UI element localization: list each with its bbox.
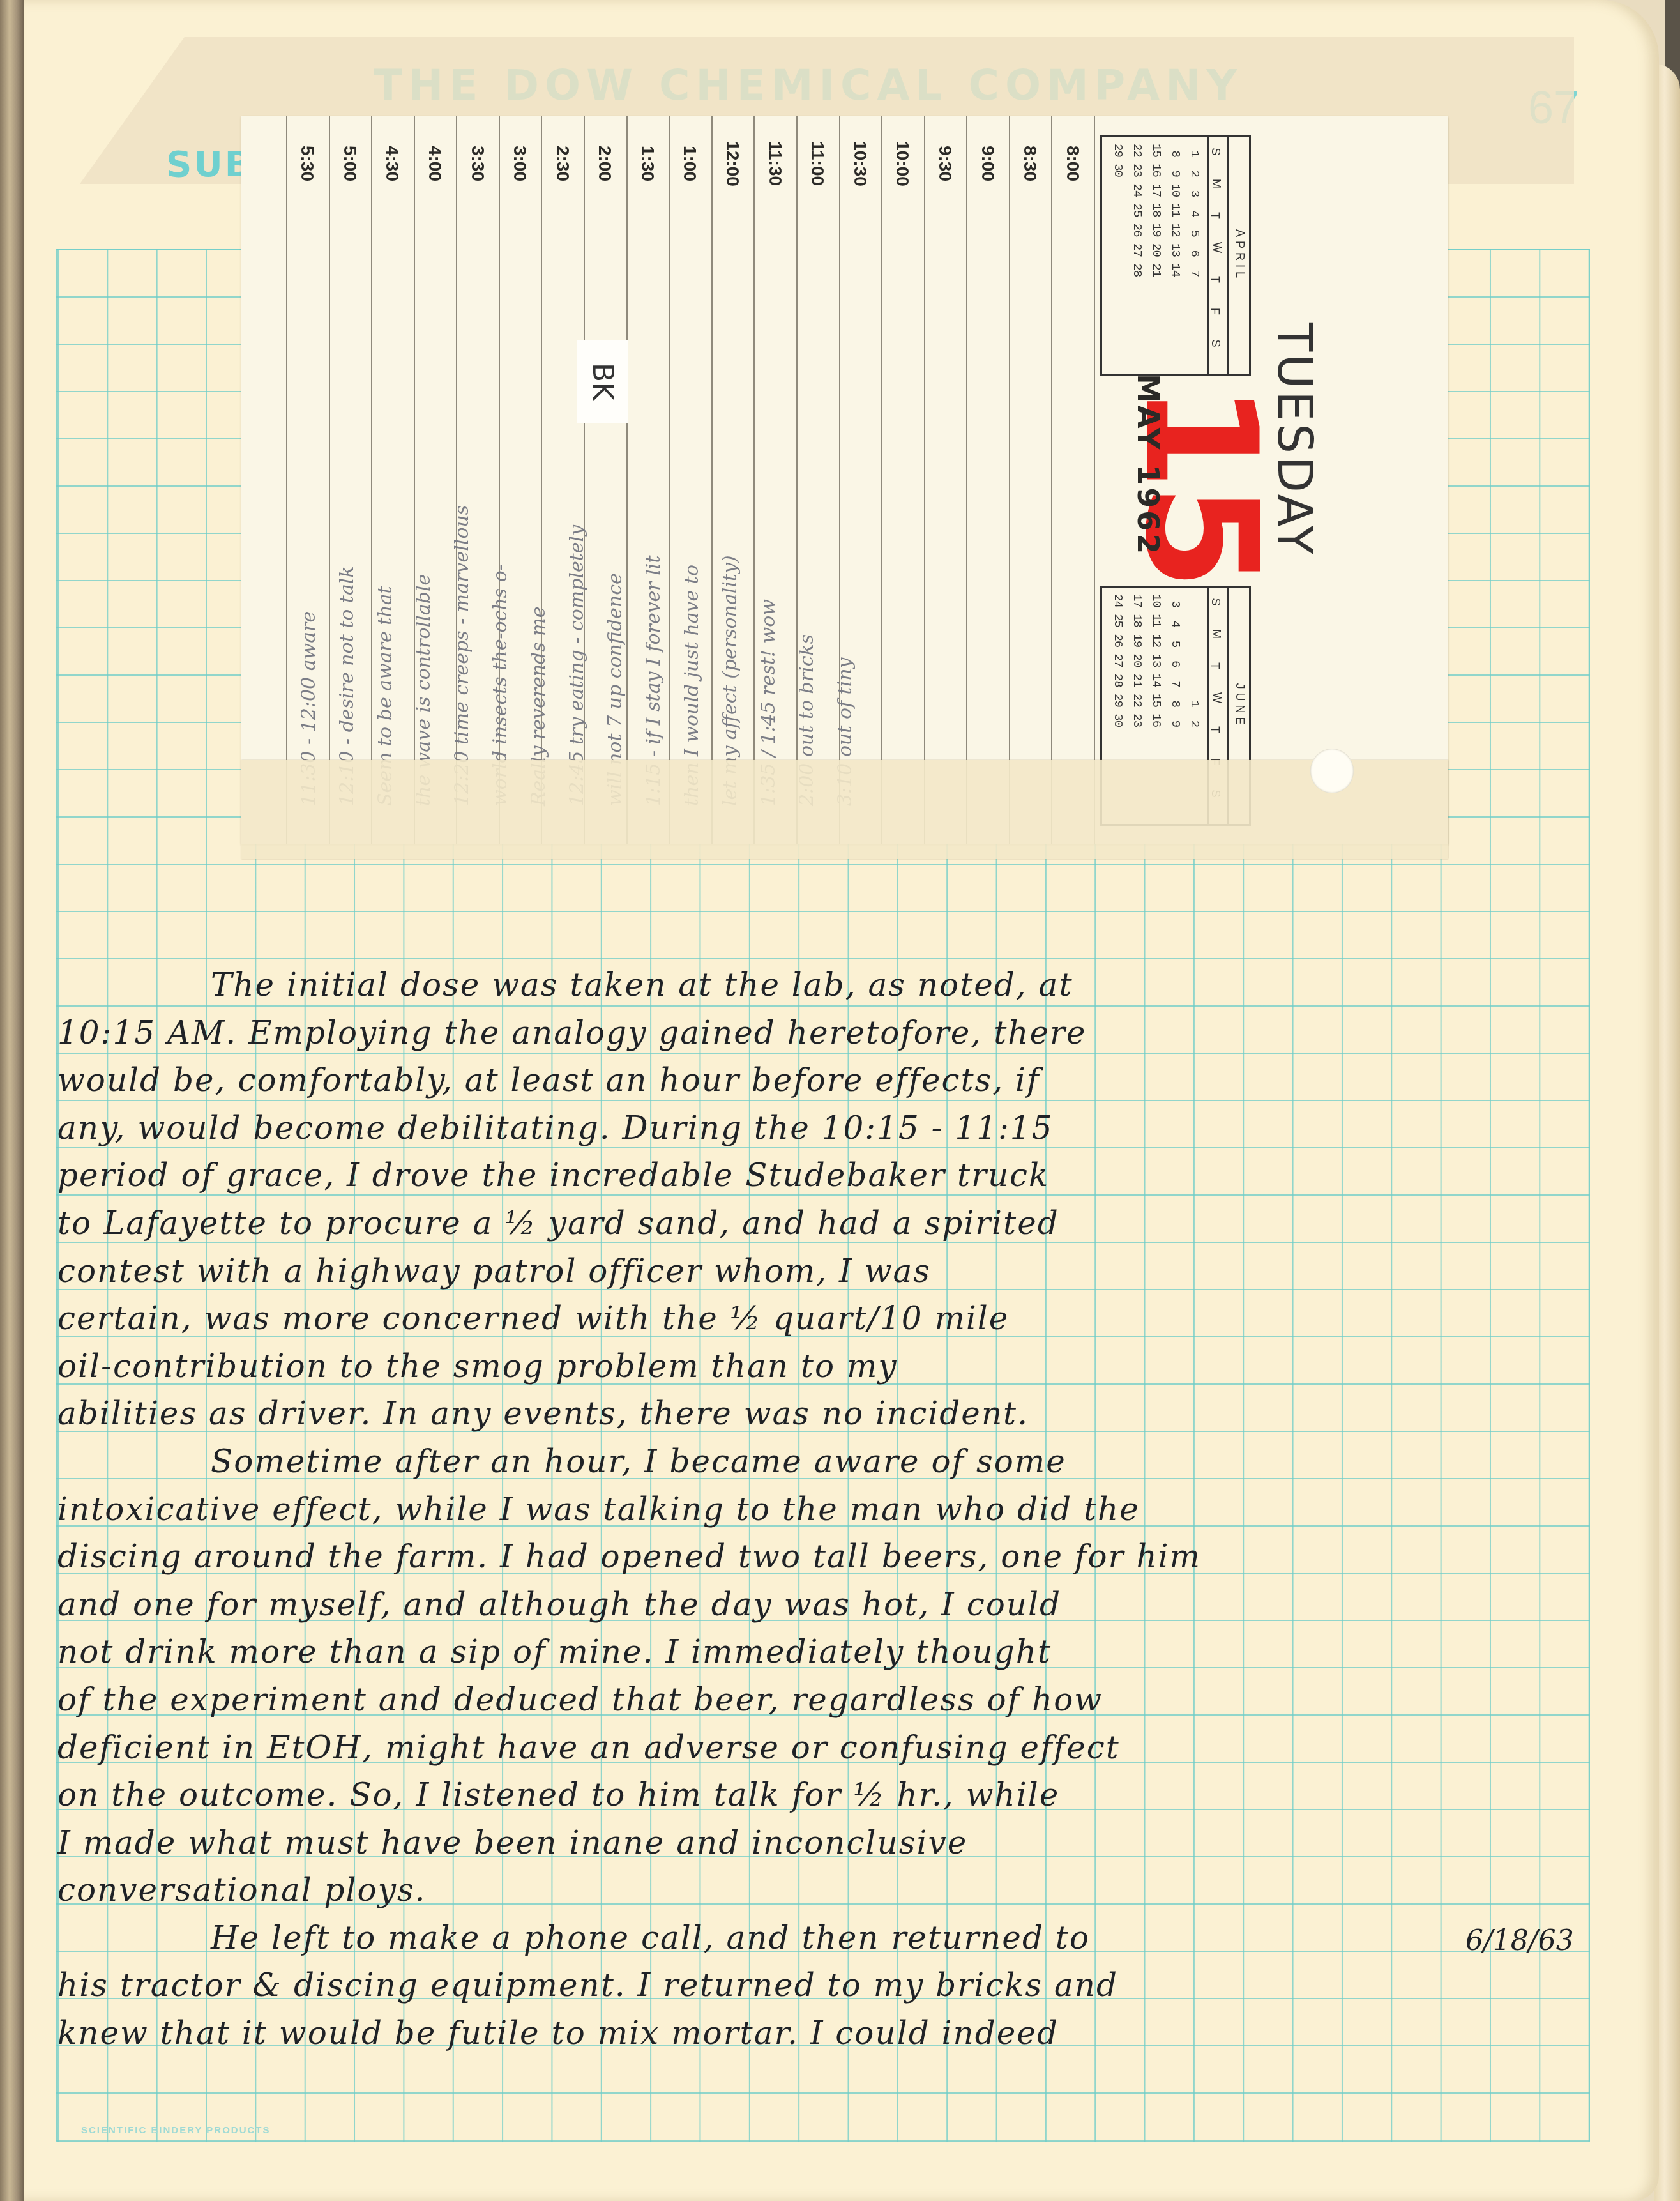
weekday-header: S [1209, 148, 1222, 155]
handwritten-line: 10:15 AM. Employing the analogy gained h… [57, 1009, 1622, 1057]
time-slot-label: 1:30 [637, 135, 658, 192]
handwritten-line: of the experiment and deduced that beer,… [57, 1676, 1622, 1724]
week-row: 1 2 [1188, 594, 1202, 727]
calendar-margin-column [241, 116, 287, 844]
time-slot-column: 8:00 [1051, 116, 1095, 844]
weekday-header: W [1210, 692, 1223, 703]
time-slot-column: 10:00 [881, 116, 925, 844]
margin-date: 6/18/63 [1465, 1924, 1574, 1957]
handwritten-line: period of grace, I drove the incredable … [57, 1152, 1622, 1200]
handwritten-line: would be, comfortably, at least an hour … [57, 1056, 1622, 1104]
handwritten-line: conversational ploys. [57, 1866, 1622, 1914]
time-slot-label: 4:30 [382, 135, 402, 192]
weekday-header: T [1208, 726, 1222, 733]
weekday-header: M [1209, 629, 1223, 639]
time-slot-column: 9:30 [924, 116, 968, 844]
week-row: 15 16 17 18 19 20 21 [1149, 144, 1163, 277]
time-slot-label: 4:00 [425, 135, 445, 192]
weekday-header: M [1209, 179, 1223, 188]
time-slot-label: 3:00 [510, 135, 530, 192]
week-row: 1 2 3 4 5 6 7 [1188, 144, 1202, 277]
time-slot-label: 9:30 [935, 135, 955, 192]
handwritten-line: He left to make a phone call, and then r… [57, 1914, 1622, 1962]
week-row: 8 9 10 11 12 13 14 [1169, 144, 1183, 277]
time-slot-label: 11:30 [765, 135, 785, 192]
footer-brand: SCIENTIFIC BINDERY PRODUCTS [81, 2125, 271, 2136]
handwritten-line: deficient in EtOH, might have an adverse… [57, 1724, 1622, 1772]
time-slot-label: 10:00 [892, 135, 912, 192]
handwritten-line: any, would become debilitating. During t… [57, 1104, 1622, 1152]
handwritten-line: his tractor & discing equipment. I retur… [57, 1961, 1622, 2009]
tape-strip-bottom [241, 760, 1448, 859]
time-slot-label: 8:30 [1020, 135, 1040, 192]
time-slot-label: 5:30 [297, 135, 317, 192]
time-slot-label: 11:00 [807, 135, 828, 192]
week-row: 10 11 12 13 14 15 16 [1149, 594, 1163, 727]
week-row: 17 18 19 20 21 22 23 [1130, 594, 1144, 727]
mini-calendar-weekday-headers: SMTWTFS [1207, 137, 1229, 374]
time-slot-label: 2:00 [594, 135, 615, 192]
time-slot-label: 9:00 [978, 135, 998, 192]
time-slot-label: 3:30 [467, 135, 488, 192]
handwritten-line: discing around the farm. I had opened tw… [57, 1533, 1622, 1581]
weekday-header: S [1209, 598, 1222, 605]
handwritten-line: and one for myself, and although the day… [57, 1581, 1622, 1629]
week-row: 24 25 26 27 28 29 30 [1111, 594, 1125, 727]
weekday-header: W [1210, 242, 1223, 253]
weekday-header: T [1208, 276, 1222, 283]
time-slot-label: 8:00 [1063, 135, 1083, 192]
time-slot-column: 9:00 [966, 116, 1010, 844]
bk-sticker-text: BK [586, 356, 619, 407]
bk-sticker: BK [577, 340, 628, 423]
handwritten-line: knew that it would be futile to mix mort… [57, 2009, 1622, 2057]
weekday-header: T [1208, 662, 1222, 669]
mini-calendar-dates: 1 2 3 4 5 6 7 8 9 10 11 12 13 1415 16 17… [1106, 141, 1206, 370]
weekday-header: F [1208, 308, 1222, 315]
notebook-binding [0, 0, 24, 2201]
time-slot-column: 8:30 [1009, 116, 1053, 844]
handwritten-line: abilities as driver. In any events, ther… [57, 1390, 1622, 1438]
week-row: 3 4 5 6 7 8 9 [1169, 594, 1183, 727]
week-row: 22 23 24 25 26 27 28 [1130, 144, 1144, 277]
time-slot-label: 12:00 [722, 135, 743, 192]
handwritten-line: not drink more than a sip of mine. I imm… [57, 1628, 1622, 1676]
subject-label: SUB [166, 144, 254, 185]
punch-hole [1310, 749, 1354, 793]
weekday-header: S [1209, 339, 1222, 347]
mini-calendar-title: APRIL [1227, 137, 1250, 374]
handwritten-line: contest with a highway patrol officer wh… [57, 1247, 1622, 1295]
handwritten-line: I made what must have been inane and inc… [57, 1819, 1622, 1867]
handwritten-line: on the outcome. So, I listened to him ta… [57, 1771, 1622, 1819]
time-slot-label: 2:30 [552, 135, 573, 192]
weekday-header: T [1208, 212, 1222, 219]
calendar-month-year: MAY 1962 [1131, 374, 1165, 556]
handwritten-line: intoxicative effect, while I was talking… [57, 1486, 1622, 1534]
time-slot-label: 1:00 [679, 135, 700, 192]
week-row: 29 30 [1111, 144, 1125, 177]
handwritten-entry: The initial dose was taken at the lab, a… [57, 961, 1622, 2057]
handwritten-line: certain, was more concerned with the ½ q… [57, 1295, 1622, 1343]
time-slot-label: 10:30 [850, 135, 870, 192]
handwritten-line: to Lafayette to procure a ½ yard sand, a… [57, 1200, 1622, 1247]
handwritten-line: Sometime after an hour, I became aware o… [57, 1438, 1622, 1486]
handwritten-line: The initial dose was taken at the lab, a… [57, 961, 1622, 1009]
time-slot-label: 5:00 [340, 135, 360, 192]
mini-calendar-april: APRIL SMTWTFS 1 2 3 4 5 6 7 8 9 10 11 12… [1100, 135, 1251, 376]
handwritten-line: oil-contribution to the smog problem tha… [57, 1343, 1622, 1390]
